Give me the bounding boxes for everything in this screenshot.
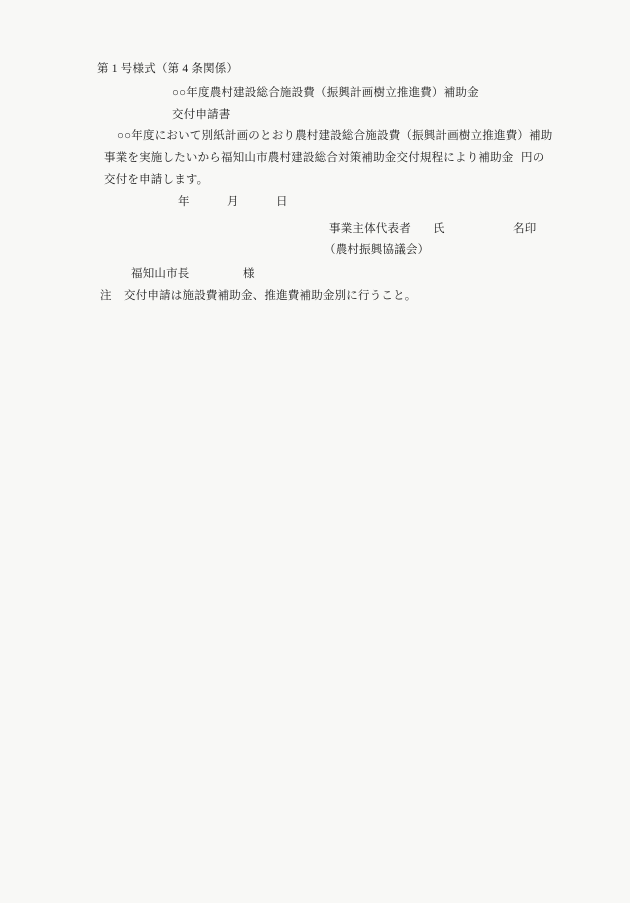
date-month-label: 月 [227,197,239,209]
signer-organization: （農村振興協議会） [324,245,429,257]
addressee-name: 福知山市長 [131,269,190,281]
signer-name-suffix: 名印 [513,224,536,236]
note-label: 注 [100,291,112,303]
signer-role-label: 事業主体代表者 [329,224,411,236]
addressee-honorific: 様 [243,269,255,281]
document-page: 第 1 号様式（第 4 条関係） ○○年度農村建設総合施設費（振興計画樹立推進費… [0,0,630,903]
date-year-label: 年 [178,197,190,209]
doc-title: 交付申請書 [172,110,231,122]
body-line-2: 事業を実施したいから福知山市農村建設総合対策補助金交付規程により補助金 [104,153,514,165]
subsidy-title: ○○年度農村建設総合施設費（振興計画樹立推進費）補助金 [172,88,479,100]
body-line-1: ○○年度において別紙計画のとおり農村建設総合施設費（振興計画樹立推進費）補助 [117,131,553,143]
date-day-label: 日 [276,197,288,209]
signer-name-prefix: 氏 [433,224,445,236]
note-text: 交付申請は施設費補助金、推進費補助金別に行うこと。 [124,291,417,303]
body-line-3: 交付を申請します。 [104,175,208,187]
form-number-label: 第 1 号様式（第 4 条関係） [97,64,238,76]
body-line-2-amount-suffix: 円の [521,153,544,165]
